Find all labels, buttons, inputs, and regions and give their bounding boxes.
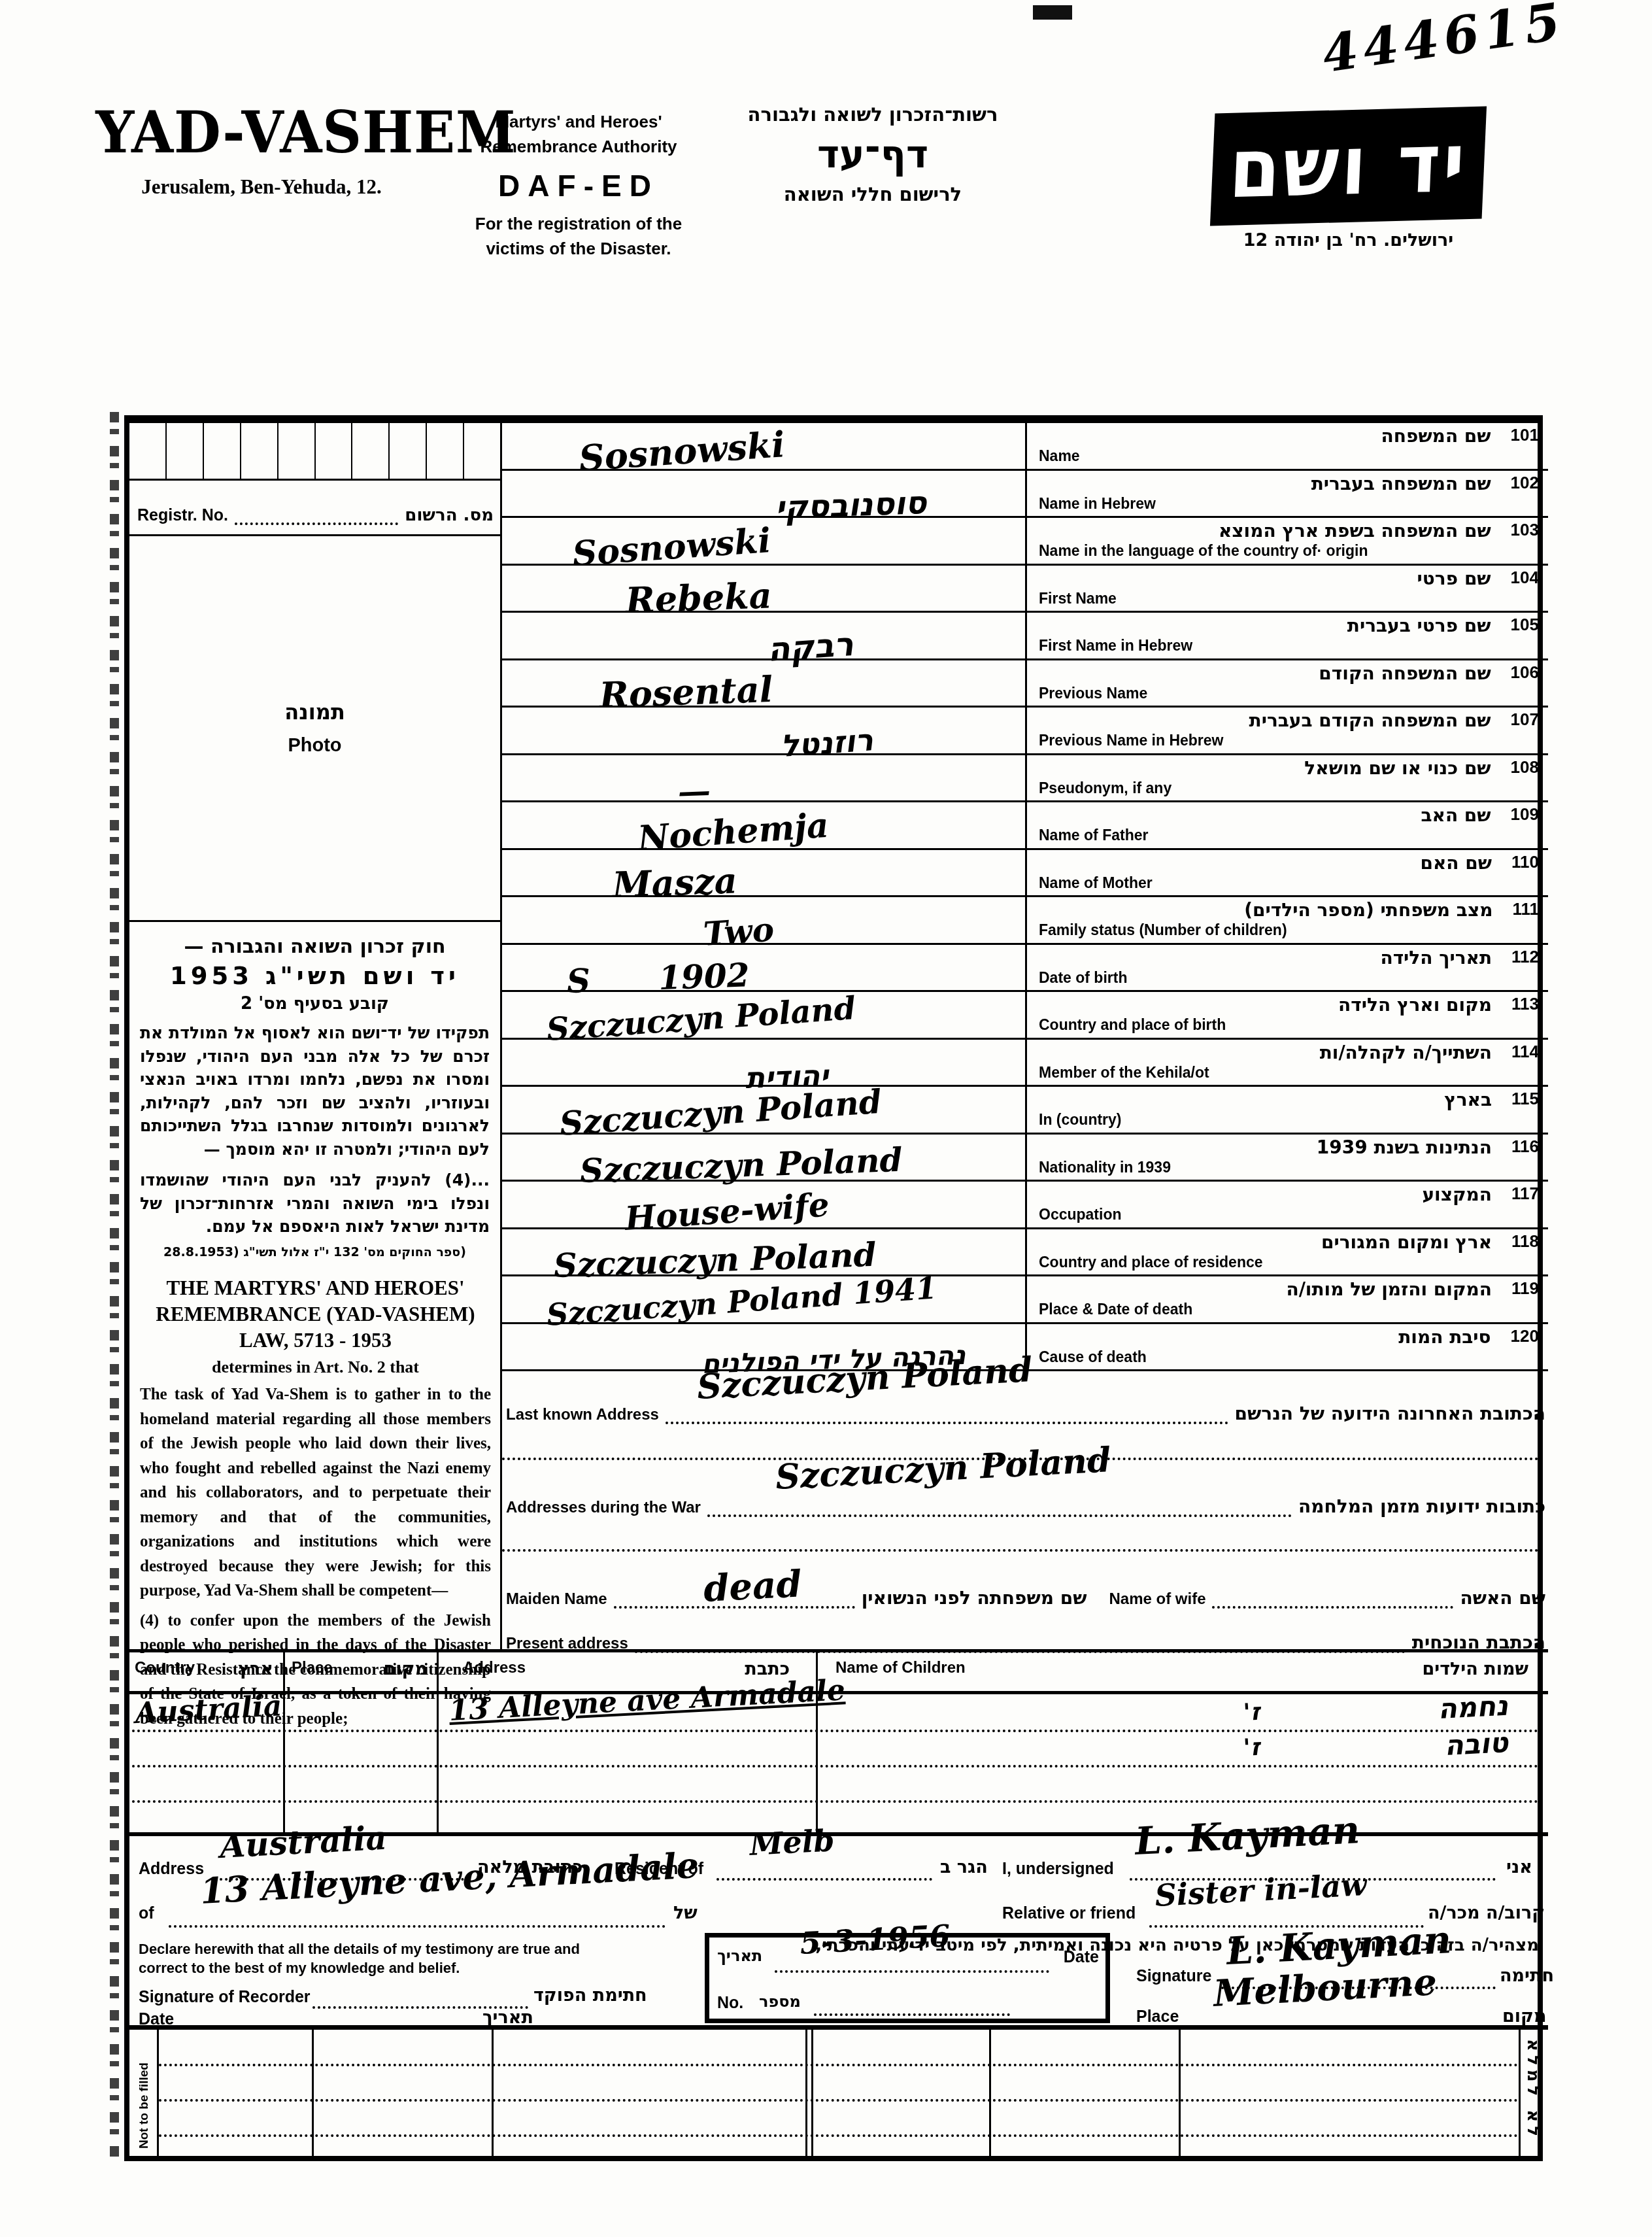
- handwritten-entry: Szczuczyn Poland: [775, 1440, 1112, 1497]
- handwritten-entry: —: [677, 771, 711, 811]
- field-row-116: Szczuczyn Poland 116הנתינות בשנת 1939 Na…: [502, 1135, 1548, 1182]
- photo-box: תמונה Photo: [129, 536, 500, 922]
- field-row-117: House-wife 117המקצוע Occupation: [502, 1182, 1548, 1229]
- daf-ed-testimony-page: 444615 YAD-VASHEM Jerusalem, Ben-Yehuda,…: [0, 0, 1652, 2237]
- left-column: Registr. No. מס. הרשום תמונה Photo חוק ז…: [129, 423, 502, 1649]
- handwritten-entry: Szczuczyn Poland: [558, 1082, 883, 1142]
- handwritten-entry: Two: [702, 910, 775, 953]
- dotted-line: [169, 1924, 666, 1928]
- handwritten-entry: Rosental: [599, 668, 773, 716]
- field-row-102: סוסנובסקי 102שם המשפחה בעברית Name in He…: [502, 471, 1548, 519]
- handwritten-resident: Melb: [749, 1822, 835, 1862]
- dotted-line: [814, 2012, 1010, 2016]
- dotted-line: [716, 1877, 932, 1881]
- war-address-row: Addresses during the War כתובות ידועות מ…: [506, 1495, 1545, 1517]
- dotted-line: [132, 1800, 1544, 1803]
- field-row-118: Szczuczyn Poland 118ארץ ומקום המגורים Co…: [502, 1229, 1548, 1277]
- handwritten-mark: ז': [1242, 1734, 1260, 1762]
- handwritten-entry: dead: [703, 1562, 803, 1611]
- registration-line: For the registration of the: [445, 212, 713, 237]
- authority-line: Martyrs' and Heroes': [445, 110, 713, 135]
- law-text-hebrew: חוק זכרון השואה והגבורה — יד ושם תשי"ג 1…: [129, 922, 500, 1265]
- maiden-name-row: Maiden Name שם משפחתה לפני הנשואין Name …: [506, 1587, 1545, 1609]
- field-row-114: יהודית 114השתייך/ה לקהלה/ות Member of th…: [502, 1040, 1548, 1087]
- handwritten-child-name: טובה: [1443, 1726, 1509, 1762]
- last-known-address-row: Last known Address הכתובת האחרונה הידועה…: [506, 1403, 1545, 1424]
- dotted-line: [707, 1512, 1292, 1517]
- dotted-line: [159, 2064, 1519, 2066]
- field-row-106: Rosental 106שם המשפחה הקודם Previous Nam…: [502, 660, 1548, 708]
- daf-ed-title-he: דף־עד: [729, 132, 1017, 177]
- handwritten-entry: סוסנובסקי: [775, 485, 927, 526]
- field-row-111: Two 111מצב משפחתי (מספר הילדים) Family s…: [502, 897, 1548, 945]
- handwritten-entry: Masza: [612, 859, 738, 906]
- yad-vashem-logo: יד ושם: [1210, 107, 1487, 226]
- field-rows: Sosnowski 101שם המשפחה Name סוסנובסקי 10…: [502, 423, 1548, 1371]
- dotted-line: [235, 520, 398, 525]
- declaration-block: Address Australia כתובת מלאה Resident of…: [129, 1832, 1548, 2025]
- office-use-table: Not to be filled לא למלא: [129, 2025, 1548, 2156]
- logo-address-he: ירושלים. רח' בן יהודה 12: [1213, 230, 1484, 250]
- handwritten-child-name: נחמה: [1437, 1689, 1509, 1725]
- dotted-line: [132, 1765, 1544, 1767]
- field-row-113: Szczuczyn Poland 113מקום וארץ הלידה Coun…: [502, 992, 1548, 1040]
- field-row-112: S 1902 112תאריך הלידה Date of birth: [502, 945, 1548, 993]
- handwritten-entry: S 1902: [566, 955, 750, 1000]
- authority-english-block: Martyrs' and Heroes' Remembrance Authori…: [445, 110, 713, 261]
- handwritten-relative: Sister in-law: [1154, 1867, 1368, 1913]
- handwritten-entry: רבקה: [766, 624, 854, 668]
- not-to-be-filled-label-he: לא למלא: [1519, 2030, 1548, 2156]
- handwritten-mark: ז': [1242, 1699, 1260, 1726]
- authority-line: Remembrance Authority: [445, 135, 713, 160]
- field-row-103: Sosnowski 103שם המשפחה בשפת ארץ המוצא Na…: [502, 518, 1548, 566]
- photo-label-he: תמונה: [284, 700, 345, 725]
- form-body: Registr. No. מס. הרשום תמונה Photo חוק ז…: [124, 415, 1543, 2161]
- registration-number-cells: [129, 423, 500, 481]
- dotted-line: [666, 1419, 1228, 1424]
- handwritten-serial-number: 444615: [1319, 0, 1569, 84]
- field-row-101: Sosnowski 101שם המשפחה Name: [502, 423, 1548, 471]
- registration-number-row: Registr. No. מס. הרשום: [129, 481, 500, 536]
- scan-artifact: [1033, 5, 1072, 20]
- handwritten-country: Australia: [134, 1689, 282, 1730]
- registr-label-en: Registr. No.: [137, 506, 228, 525]
- dotted-line: [159, 2099, 1519, 2102]
- registr-label-he: מס. הרשום: [405, 505, 494, 525]
- dotted-line: [159, 2134, 1519, 2137]
- org-block: YAD-VASHEM Jerusalem, Ben-Yehuda, 12.: [85, 98, 438, 199]
- address-rows: Last known Address הכתובת האחרונה הידועה…: [502, 1371, 1548, 1649]
- field-row-109: Nochemja 109שם האב Name of Father: [502, 802, 1548, 850]
- handwritten-date: 5-3-1956: [799, 1918, 951, 1961]
- registration-he-line: לרישום חללי השואה: [729, 183, 1017, 205]
- dotted-line: [132, 1730, 1544, 1732]
- org-address: Jerusalem, Ben-Yehuda, 12.: [85, 175, 438, 199]
- registration-line: victims of the Disaster.: [445, 237, 713, 262]
- field-row-115: Szczuczyn Poland 115בארץ In (country): [502, 1087, 1548, 1135]
- field-row-108: — 108שם כנוי או שם מושאל Pseudonym, if a…: [502, 755, 1548, 803]
- scan-noise-edge: [110, 412, 119, 2162]
- date-number-box: תאריך 5-3-1956 Date No. מספר: [705, 1933, 1110, 2023]
- authority-he-line: רשות־הזכרון לשואה ולגבורה: [729, 103, 1017, 126]
- dotted-line: [775, 1969, 1049, 1973]
- handwritten-address-country: Australia: [219, 1819, 388, 1866]
- dotted-line: [1212, 1603, 1453, 1609]
- daf-ed-title: DAF-ED: [445, 164, 713, 208]
- org-name: YAD-VASHEM: [95, 98, 428, 166]
- not-to-be-filled-label-en: Not to be filled: [129, 2030, 159, 2156]
- dotted-line: [502, 1549, 1544, 1552]
- field-row-119: Szczuczyn Poland 1941 119המקום והזמן של …: [502, 1276, 1548, 1324]
- declaration-text-en: Declare herewith that all the details of…: [139, 1939, 596, 1977]
- authority-hebrew-block: רשות־הזכרון לשואה ולגבורה דף־עד לרישום ח…: [729, 103, 1017, 205]
- handwritten-entry: רוזנטל: [779, 722, 874, 764]
- field-row-107: רוזנטל 107שם המשפחה הקודם בעברית Previou…: [502, 708, 1548, 755]
- handwritten-entry: Rebeka: [625, 574, 773, 621]
- photo-label-en: Photo: [288, 735, 341, 757]
- field-row-104: Rebeka 104שם פרטי First Name: [502, 566, 1548, 613]
- yad-vashem-logo-block: יד ושם ירושלים. רח' בן יהודה 12: [1213, 110, 1484, 250]
- children-table: Country ארץ Place מקום Address כתבת Name…: [129, 1649, 1548, 1832]
